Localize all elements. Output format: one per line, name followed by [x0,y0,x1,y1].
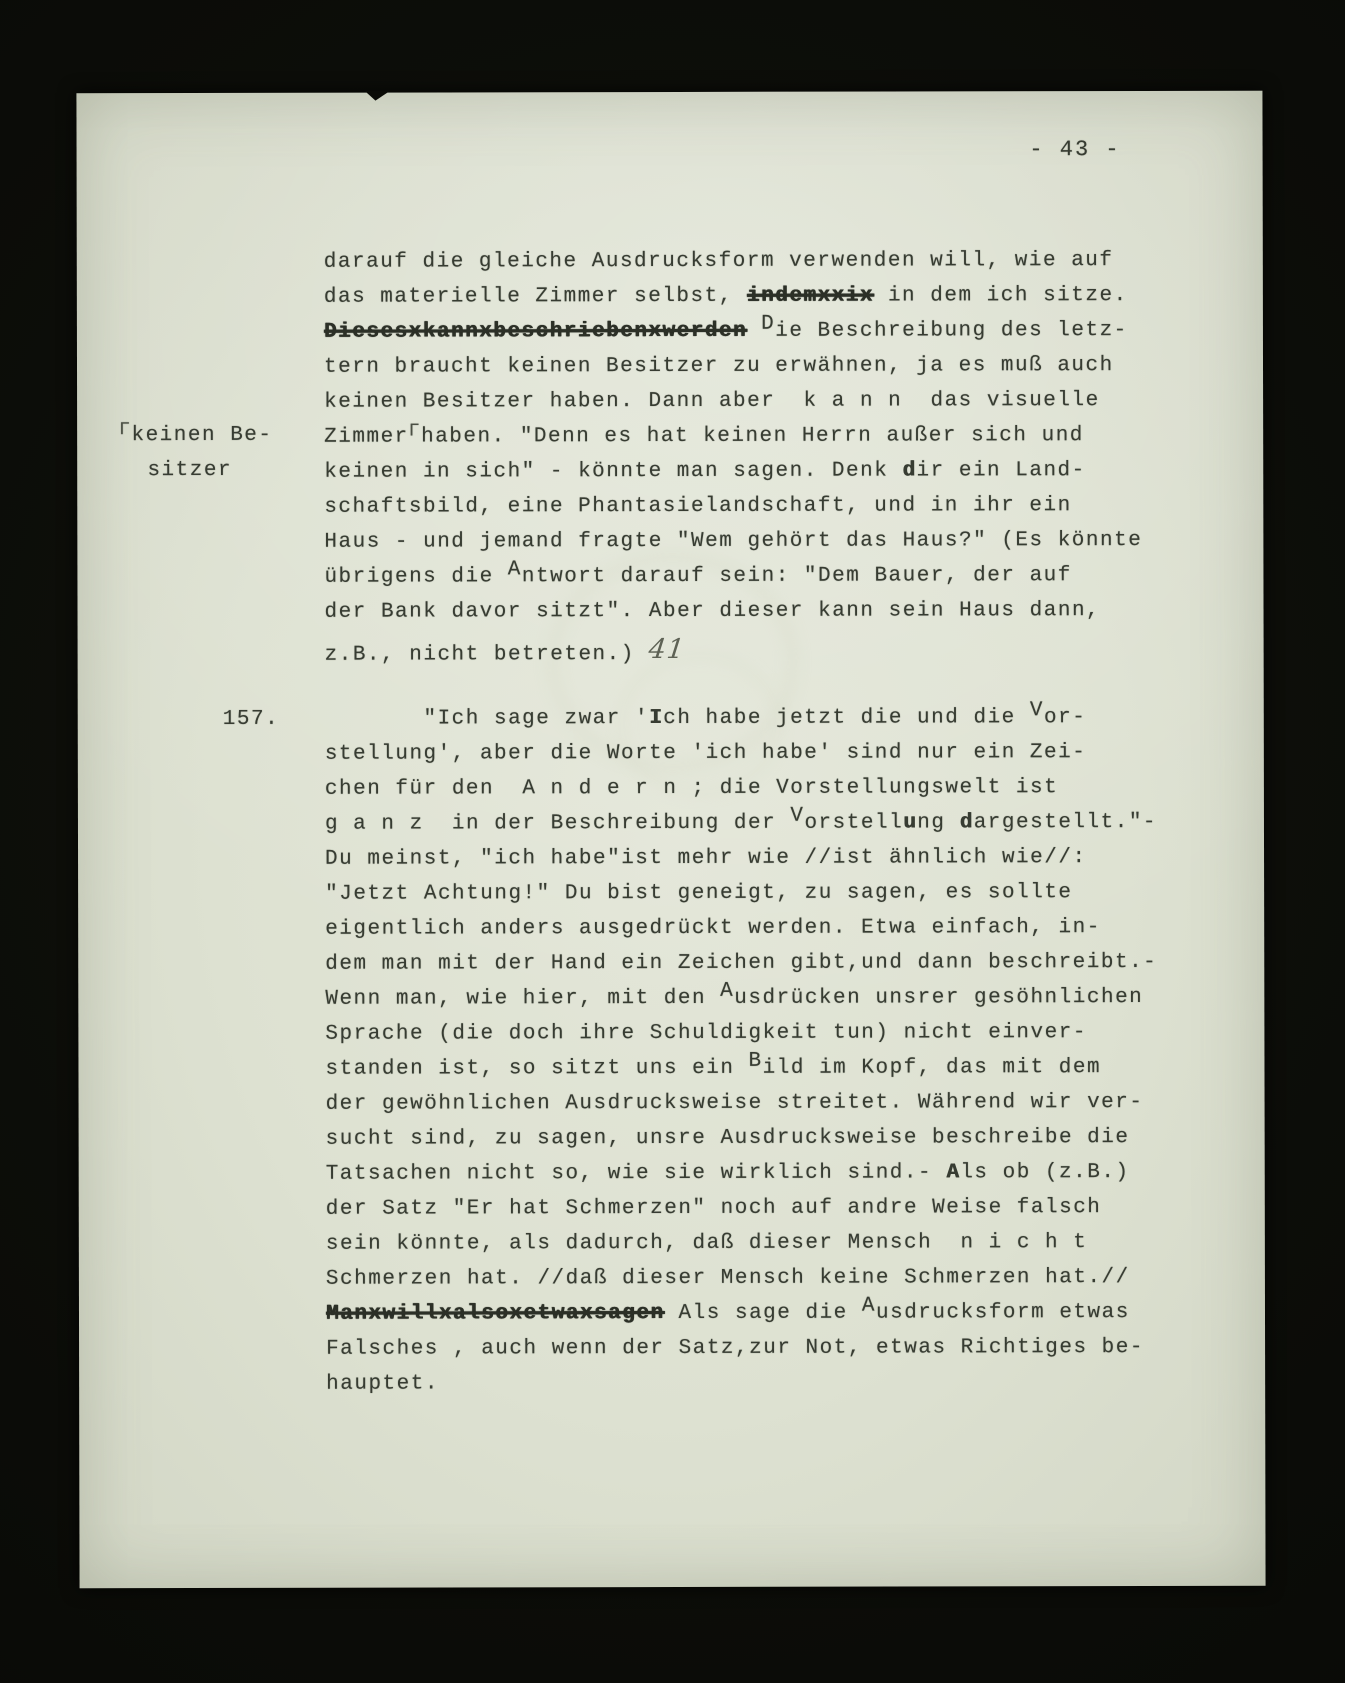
text-segment: standen ist, so sitzt uns ein [325,1057,748,1081]
text-segment: Zimmer [324,426,409,449]
typed-line: keinen Besitzer haben. Dann aber k a n n… [324,389,1204,426]
text-segment: ng [917,811,959,834]
typed-line: Wenn man, wie hier, mit den Ausdrücken u… [325,986,1205,1023]
text-segment: Du meinst, "ich habe"ist mehr wie //ist … [325,846,1087,871]
text-segment: usdrucksform etwas [876,1301,1130,1325]
insertion-mark: Γ [119,420,131,440]
typed-line: Diesesxkannxbeschriebenxwerden Die Besch… [324,319,1204,356]
typed-line: der Satz "Er hat Schmerzen" noch auf and… [326,1196,1206,1233]
text-segment: übrigens die [324,565,507,588]
text-segment: sein könnte, als dadurch, daß dieser Men… [326,1231,1088,1256]
paragraph: darauf die gleiche Ausdrucksform verwend… [324,249,1205,671]
margin-note: Γkeinen Be- sitzer [119,424,272,494]
text-segment: orstell [804,812,903,835]
text-segment: Sprache (die doch ihre Schuldigkeit tun)… [325,1021,1087,1046]
text-segment: haben. "Denn es hat keinen Herrn außer s… [421,424,1084,448]
typed-line: schaftsbild, eine Phantasielandschaft, u… [324,494,1204,531]
paragraph: 157. "Ich sage zwar 'Ich habe jetzt die … [325,706,1206,1408]
paragraph-number: 157. [223,708,279,731]
text-segment: sucht sind, zu sagen, unsre Ausdruckswei… [326,1126,1130,1151]
text-segment: schaftsbild, eine Phantasielandschaft, u… [324,494,1071,519]
text-segment: Als sage die [664,1302,861,1325]
text-segment: der gewöhnlichen Ausdrucksweise streitet… [326,1091,1144,1116]
typed-line: sein könnte, als dadurch, daß dieser Men… [326,1231,1206,1268]
struck-text: Diesesxkannxbeschriebenxwerden [324,320,747,344]
text-segment: ir ein Land- [917,459,1086,482]
typed-line: standen ist, so sitzt uns ein Bild im Ko… [325,1056,1205,1093]
typed-line: Tatsachen nicht so, wie sie wirklich sin… [326,1161,1206,1198]
text-segment: ch habe jetzt die und die [663,706,1030,730]
text-segment: das materielle Zimmer selbst, [324,285,747,309]
raised-letter: A [862,1295,876,1318]
text-segment: "Ich sage zwar ' [325,707,649,731]
typed-line: dem man mit der Hand ein Zeichen gibt,un… [325,951,1205,988]
text-segment: Tatsachen nicht so, wie sie wirklich sin… [326,1161,947,1185]
text-segment: Schmerzen hat. //daß dieser Mensch keine… [326,1266,1130,1291]
raised-letter: A [508,558,522,581]
typed-line: Γkeinen Be- [119,424,272,459]
text-segment: usdrücken unsrer gesöhnlichen [734,986,1143,1010]
text-segment: hauptet. [326,1372,439,1395]
text-segment: dem man mit der Hand ein Zeichen gibt,un… [325,951,1157,976]
text-segment: keinen in sich" - könnte man sagen. Denk [324,460,902,484]
raised-letter: V [1030,699,1044,722]
raised-letter: A [720,980,734,1003]
document-page: - 43 - Γkeinen Be- sitzer darauf die gle… [76,91,1265,1588]
handwritten-number: 41 [647,634,687,665]
typed-line: hauptet. [326,1371,1206,1408]
raised-letter: D [761,313,775,336]
struck-text: Manxwillxalsoxetwaxsagen [326,1302,665,1326]
text-segment: "Jetzt Achtung!" Du bist geneigt, zu sag… [325,881,1072,906]
typed-line: g a n z in der Beschreibung der Vorstell… [325,811,1205,848]
typed-line: Sprache (die doch ihre Schuldigkeit tun)… [325,1021,1205,1058]
overtyped-letter: A [946,1161,960,1184]
text-segment: chen für den A n d e r n ; die Vorstellu… [325,776,1058,801]
text-segment: der Bank davor sitzt". Aber dieser kann … [324,599,1100,624]
overtyped-letter: u [903,811,917,834]
text-segment [747,320,761,343]
scan-background: { "page": { "page_number": "- 43 -", "pa… [0,0,1345,1683]
typed-line: ZimmerΓhaben. "Denn es hat keinen Herrn … [324,424,1204,461]
typed-line: darauf die gleiche Ausdrucksform verwend… [324,249,1204,286]
text-segment: in dem ich sitze. [874,284,1128,308]
text-segment: Haus - und jemand fragte "Wem gehört das… [324,529,1142,554]
overtyped-letter: d [902,459,916,482]
typed-line: z.B., nicht betreten.) 41 [325,634,1205,671]
typed-line: keinen in sich" - könnte man sagen. Denk… [324,459,1204,496]
text-segment: argestellt."- [974,811,1157,834]
text-segment: ls ob (z.B.) [960,1161,1129,1184]
typed-line: Falsches , auch wenn der Satz,zur Not, e… [326,1336,1206,1373]
insertion-mark: Γ [409,422,421,442]
typed-line: "Jetzt Achtung!" Du bist geneigt, zu sag… [325,881,1205,918]
typed-line: stellung', aber die Worte 'ich habe' sin… [325,741,1205,778]
typed-line: übrigens die Antwort darauf sein: "Dem B… [324,564,1204,601]
typed-line: "Ich sage zwar 'Ich habe jetzt die und d… [325,706,1205,743]
text-segment: ie Beschreibung des letz- [775,319,1128,343]
typed-line: Haus - und jemand fragte "Wem gehört das… [324,529,1204,566]
raised-letter: B [749,1050,763,1073]
raised-letter: V [790,805,804,828]
text-segment: Falsches , auch wenn der Satz,zur Not, e… [326,1336,1144,1361]
paper-tear [364,91,390,101]
typed-line: Schmerzen hat. //daß dieser Mensch keine… [326,1266,1206,1303]
typed-line: sucht sind, zu sagen, unsre Ausdruckswei… [326,1126,1206,1163]
typed-line: der gewöhnlichen Ausdrucksweise streitet… [326,1091,1206,1128]
typed-line: der Bank davor sitzt". Aber dieser kann … [324,599,1204,636]
overtyped-letter: d [960,811,974,834]
text-segment: stellung', aber die Worte 'ich habe' sin… [325,741,1087,766]
text-segment: ild im Kopf, das mit dem [763,1056,1102,1080]
text-segment: g a n z in der Beschreibung der [325,812,790,836]
text-segment: tern braucht keinen Besitzer zu erwähnen… [324,354,1114,379]
text-segment: z.B., nicht betreten.) [325,643,649,667]
typed-line: eigentlich anders ausgedrückt werden. Et… [325,916,1205,953]
struck-text: indemxxix [747,285,874,308]
text-segment: sitzer [119,459,232,482]
typed-line: tern braucht keinen Besitzer zu erwähnen… [324,354,1204,391]
text-segment: keinen Be- [131,424,272,447]
text-segment: or- [1044,706,1086,729]
typed-line: Du meinst, "ich habe"ist mehr wie //ist … [325,846,1205,883]
text-segment: darauf die gleiche Ausdrucksform verwend… [324,249,1114,274]
text-segment: Wenn man, wie hier, mit den [325,987,720,1011]
text-segment: der Satz "Er hat Schmerzen" noch auf and… [326,1196,1102,1221]
page-number: - 43 - [1029,137,1120,162]
typed-line: sitzer [119,459,272,494]
typed-line: chen für den A n d e r n ; die Vorstellu… [325,776,1205,813]
text-segment: ntwort darauf sein: "Dem Bauer, der auf [522,564,1072,588]
text-segment: eigentlich anders ausgedrückt werden. Et… [325,916,1101,941]
typed-line: Manxwillxalsoxetwaxsagen Als sage die Au… [326,1301,1206,1338]
body-text: darauf die gleiche Ausdrucksform verwend… [324,249,1206,1408]
text-segment: keinen Besitzer haben. Dann aber k a n n… [324,389,1100,414]
overtyped-letter: I [649,707,663,730]
